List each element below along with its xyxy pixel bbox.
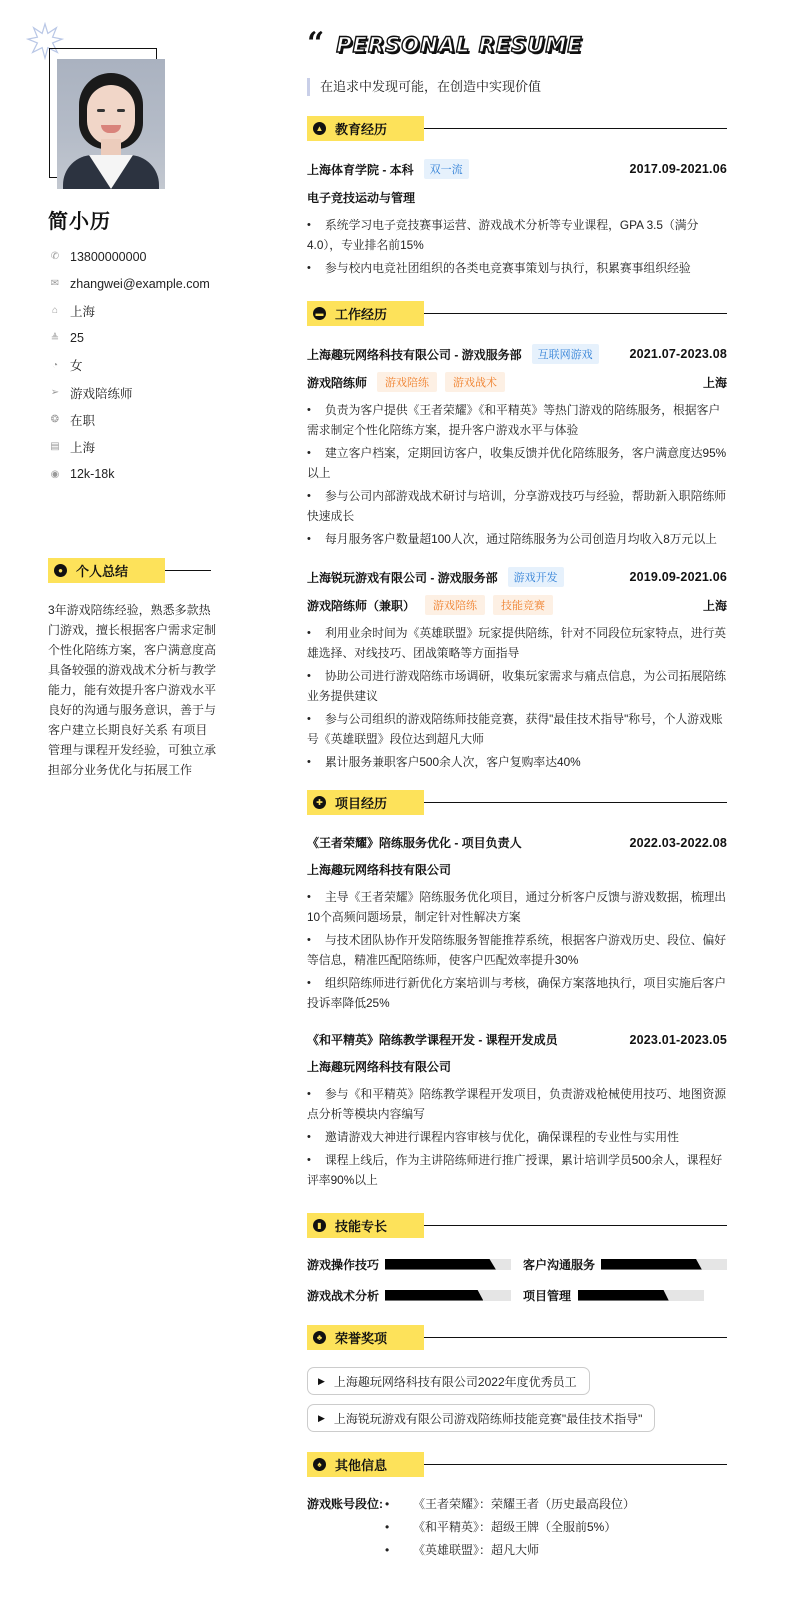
skill-bar [385,1290,511,1301]
education-header: ▲ 教育经历 [307,116,727,141]
skills-section: ▮ 技能专长 游戏操作技巧 客户沟通服务 游戏战术分析 项目管理 [307,1213,727,1305]
info-salary: ◉ 12k-18k [48,461,210,488]
resume-title: “ PERSONAL RESUME [307,33,583,57]
bullet-item: 主导《王者荣耀》陪练服务优化项目，通过分析客户反馈与游戏数据，梳理出10个高频问… [307,887,727,927]
bullet-item: 利用业余时间为《英雄联盟》玩家提供陪练，针对不同段位玩家特点，进行英雄选择、对线… [307,623,727,663]
divider-line [165,570,211,571]
rank-item: •《英雄联盟》：超凡大师 [385,1541,635,1564]
bullet-item: 每月服务客户数量超100人次，通过陪练服务为公司创造月均收入8万元以上 [307,529,727,549]
skill-tag: 游戏陪练 [425,595,485,615]
candidate-name: 简小历 [48,205,111,234]
job-role: 游戏陪练师 [307,374,367,391]
left-column: 简小历 ✆ 13800000000 ✉ zhangwei@example.com… [0,0,270,1607]
graduation-cap-icon: ▲ [313,122,326,135]
divider-line [424,1225,727,1226]
industry-tag: 游戏开发 [508,567,564,587]
project-company: 上海趣玩网络科技有限公司 [307,1058,727,1075]
education-entry-header: 上海体育学院 - 本科 双一流 2017.09-2021.06 [307,159,727,179]
job-location: 上海 [703,374,727,391]
building-icon: ▤ [48,440,62,454]
work-header: ▬ 工作经历 [307,301,727,326]
game-ranks-label: 游戏账号段位: [307,1495,385,1564]
project-date: 2022.03-2022.08 [629,836,727,850]
projects-header: ✚ 项目经历 [307,790,727,815]
info-email: ✉ zhangwei@example.com [48,270,210,297]
bullet-item: 课程上线后，作为主讲陪练师进行推广授课，累计培训学员500余人，课程好评率90%… [307,1150,727,1190]
home-icon: ⌂ [48,304,62,318]
rank-item: •《王者荣耀》：荣耀王者（历史最高段位） [385,1495,635,1518]
bullet-item: 系统学习电子竞技赛事运营、游戏战术分析等专业课程，GPA 3.5（满分4.0），… [307,215,727,255]
award-item: ▶ 上海趣玩网络科技有限公司2022年度优秀员工 [307,1367,590,1395]
summary-text: 3年游戏陪练经验，熟悉多款热门游戏，擅长根据客户需求定制个性化陪练方案，客户满意… [48,600,216,780]
bar-chart-icon: ▮ [313,1219,326,1232]
project-entry: 《王者荣耀》陪练服务优化 - 项目负责人 2022.03-2022.08 上海趣… [307,834,727,1013]
phone-icon: ✆ [48,250,62,264]
skill-bar [578,1290,704,1301]
project-entry: 《和平精英》陪练教学课程开发 - 课程开发成员 2023.01-2023.05 … [307,1031,727,1190]
info-age: ≜ 25 [48,325,210,352]
divider-line [424,1337,727,1338]
info-badge-icon: ♠ [313,1458,326,1471]
divider-line [424,802,727,803]
industry-tag: 互联网游戏 [532,344,599,364]
bullet-item: 参与公司组织的游戏陪练师技能竞赛，获得"最佳技术指导"称号，个人游戏账号《英雄联… [307,709,727,749]
bullet-item: 参与公司内部游戏战术研讨与培训，分享游戏技巧与经验，帮助新入职陪练师快速成长 [307,486,727,526]
project-name: 《和平精英》陪练教学课程开发 - 课程开发成员 [307,1031,558,1048]
triangle-right-icon: ▶ [318,1413,325,1424]
info-target-city: ▤ 上海 [48,433,210,460]
skill-item: 客户沟通服务 [523,1254,727,1274]
major: 电子竞技运动与管理 [307,189,727,206]
bullet-item: 累计服务兼职客户500余人次，客户复购率达40% [307,752,727,772]
work-entry: 上海锐玩游戏有限公司 - 游戏服务部 游戏开发 2019.09-2021.06 … [307,567,727,772]
project-date: 2023.01-2023.05 [629,1033,727,1047]
divider-line [424,128,727,129]
project-bullets: 主导《王者荣耀》陪练服务优化项目，通过分析客户反馈与游戏数据，梳理出10个高频问… [307,887,727,1013]
contact-info-list: ✆ 13800000000 ✉ zhangwei@example.com ⌂ 上… [48,243,210,488]
skill-bar-fill [385,1259,496,1270]
resume-page: 简小历 ✆ 13800000000 ✉ zhangwei@example.com… [0,0,794,1607]
school-name: 上海体育学院 - 本科 [307,161,414,178]
education-bullets: 系统学习电子竞技赛事运营、游戏战术分析等专业课程，GPA 3.5（满分4.0），… [307,215,727,278]
work-bullets: 负责为客户提供《王者荣耀》《和平精英》等热门游戏的陪练服务，根据客户需求制定个性… [307,400,727,549]
work-section: ▬ 工作经历 上海趣玩网络科技有限公司 - 游戏服务部 互联网游戏 2021.0… [307,301,727,772]
work-date: 2021.07-2023.08 [629,347,727,361]
info-hometown: ⌂ 上海 [48,297,210,324]
skill-bar-fill [601,1259,702,1270]
send-icon: ➢ [48,386,62,400]
work-date: 2019.09-2021.06 [629,570,727,584]
bullet-item: 协助公司进行游戏陪练市场调研，收集玩家需求与痛点信息，为公司拓展陪练业务提供建议 [307,666,727,706]
skill-item: 游戏操作技巧 [307,1254,523,1274]
briefcase-icon: ▬ [313,307,326,320]
skill-bar [385,1259,511,1270]
summary-section-header: ● 个人总结 [48,558,211,583]
skill-bar-fill [578,1290,669,1301]
skill-bar [601,1259,727,1270]
skill-tag: 技能竞赛 [493,595,553,615]
awards-section: ♣ 荣誉奖项 ▶ 上海趣玩网络科技有限公司2022年度优秀员工 ▶ 上海锐玩游戏… [307,1325,727,1432]
awards-header: ♣ 荣誉奖项 [307,1325,727,1350]
bullet-item: 参与校内电竞社团组织的各类电竞赛事策划与执行，积累赛事组织经验 [307,258,727,278]
bullet-item: 参与《和平精英》陪练教学课程开发项目，负责游戏枪械使用技巧、地图资源点分析等模块… [307,1084,727,1124]
bullet-item: 建立客户档案，定期回访客户，收集反馈并优化陪练服务，客户满意度达95%以上 [307,443,727,483]
work-bullets: 利用业余时间为《英雄联盟》玩家提供陪练，针对不同段位玩家特点，进行英雄选择、对线… [307,623,727,772]
motto: 在追求中发现可能，在创造中实现价值 [307,78,541,96]
gender-icon: ◔ [48,358,62,372]
status-icon: ❂ [48,413,62,427]
skill-bar-fill [385,1290,483,1301]
award-item: ▶ 上海锐玩游戏有限公司游戏陪练师技能竞赛"最佳技术指导" [307,1404,655,1432]
education-date: 2017.09-2021.06 [629,162,727,176]
projects-section: ✚ 项目经历 《王者荣耀》陪练服务优化 - 项目负责人 2022.03-2022… [307,790,727,1190]
divider-line [424,313,727,314]
project-bullets: 参与《和平精英》陪练教学课程开发项目，负责游戏枪械使用技巧、地图资源点分析等模块… [307,1084,727,1190]
resume-heading: PERSONAL RESUME [336,33,582,57]
skill-item: 游戏战术分析 [307,1285,523,1305]
summary-title-tag: ● 个人总结 [48,558,165,583]
info-status: ❂ 在职 [48,406,210,433]
education-section: ▲ 教育经历 上海体育学院 - 本科 双一流 2017.09-2021.06 电… [307,116,727,278]
work-entry: 上海趣玩网络科技有限公司 - 游戏服务部 互联网游戏 2021.07-2023.… [307,344,727,549]
bullet-item: 与技术团队协作开发陪练服务智能推荐系统，根据客户游戏历史、段位、偏好等信息，精准… [307,930,727,970]
divider-line [424,1464,727,1465]
project-name: 《王者荣耀》陪练服务优化 - 项目负责人 [307,834,522,851]
info-gender: ◔ 女 [48,352,210,379]
job-role: 游戏陪练师（兼职） [307,597,415,614]
skill-item: 项目管理 [523,1285,727,1305]
company-name: 上海趣玩网络科技有限公司 - 游戏服务部 [307,346,522,363]
job-location: 上海 [703,597,727,614]
rank-item: •《和平精英》：超级王牌（全服前5%） [385,1518,635,1541]
avatar-photo [57,59,165,189]
quote-mark-icon: “ [307,34,324,56]
info-phone: ✆ 13800000000 [48,243,210,270]
cake-icon: ≜ [48,331,62,345]
other-section: ♠ 其他信息 游戏账号段位: •《王者荣耀》：荣耀王者（历史最高段位） •《和平… [307,1452,727,1564]
mail-icon: ✉ [48,277,62,291]
game-ranks: 游戏账号段位: •《王者荣耀》：荣耀王者（历史最高段位） •《和平精英》：超级王… [307,1495,727,1564]
skill-tag: 游戏战术 [445,372,505,392]
user-icon: ● [54,564,67,577]
company-name: 上海锐玩游戏有限公司 - 游戏服务部 [307,569,498,586]
info-target-role: ➢ 游戏陪练师 [48,379,210,406]
project-company: 上海趣玩网络科技有限公司 [307,861,727,878]
school-tag: 双一流 [424,159,469,179]
bullet-item: 邀请游戏大神进行课程内容审核与优化，确保课程的专业性与实用性 [307,1127,727,1147]
other-header: ♠ 其他信息 [307,1452,727,1477]
skill-tag: 游戏陪练 [377,372,437,392]
skills-header: ▮ 技能专长 [307,1213,727,1238]
bullet-item: 负责为客户提供《王者荣耀》《和平精英》等热门游戏的陪练服务，根据客户需求制定个性… [307,400,727,440]
bullet-item: 组织陪练师进行新优化方案培训与考核，确保方案落地执行，项目实施后客户投诉率降低2… [307,973,727,1013]
trophy-icon: ♣ [313,1331,326,1344]
grid-icon: ✚ [313,796,326,809]
salary-icon: ◉ [48,467,62,481]
triangle-right-icon: ▶ [318,1376,325,1387]
